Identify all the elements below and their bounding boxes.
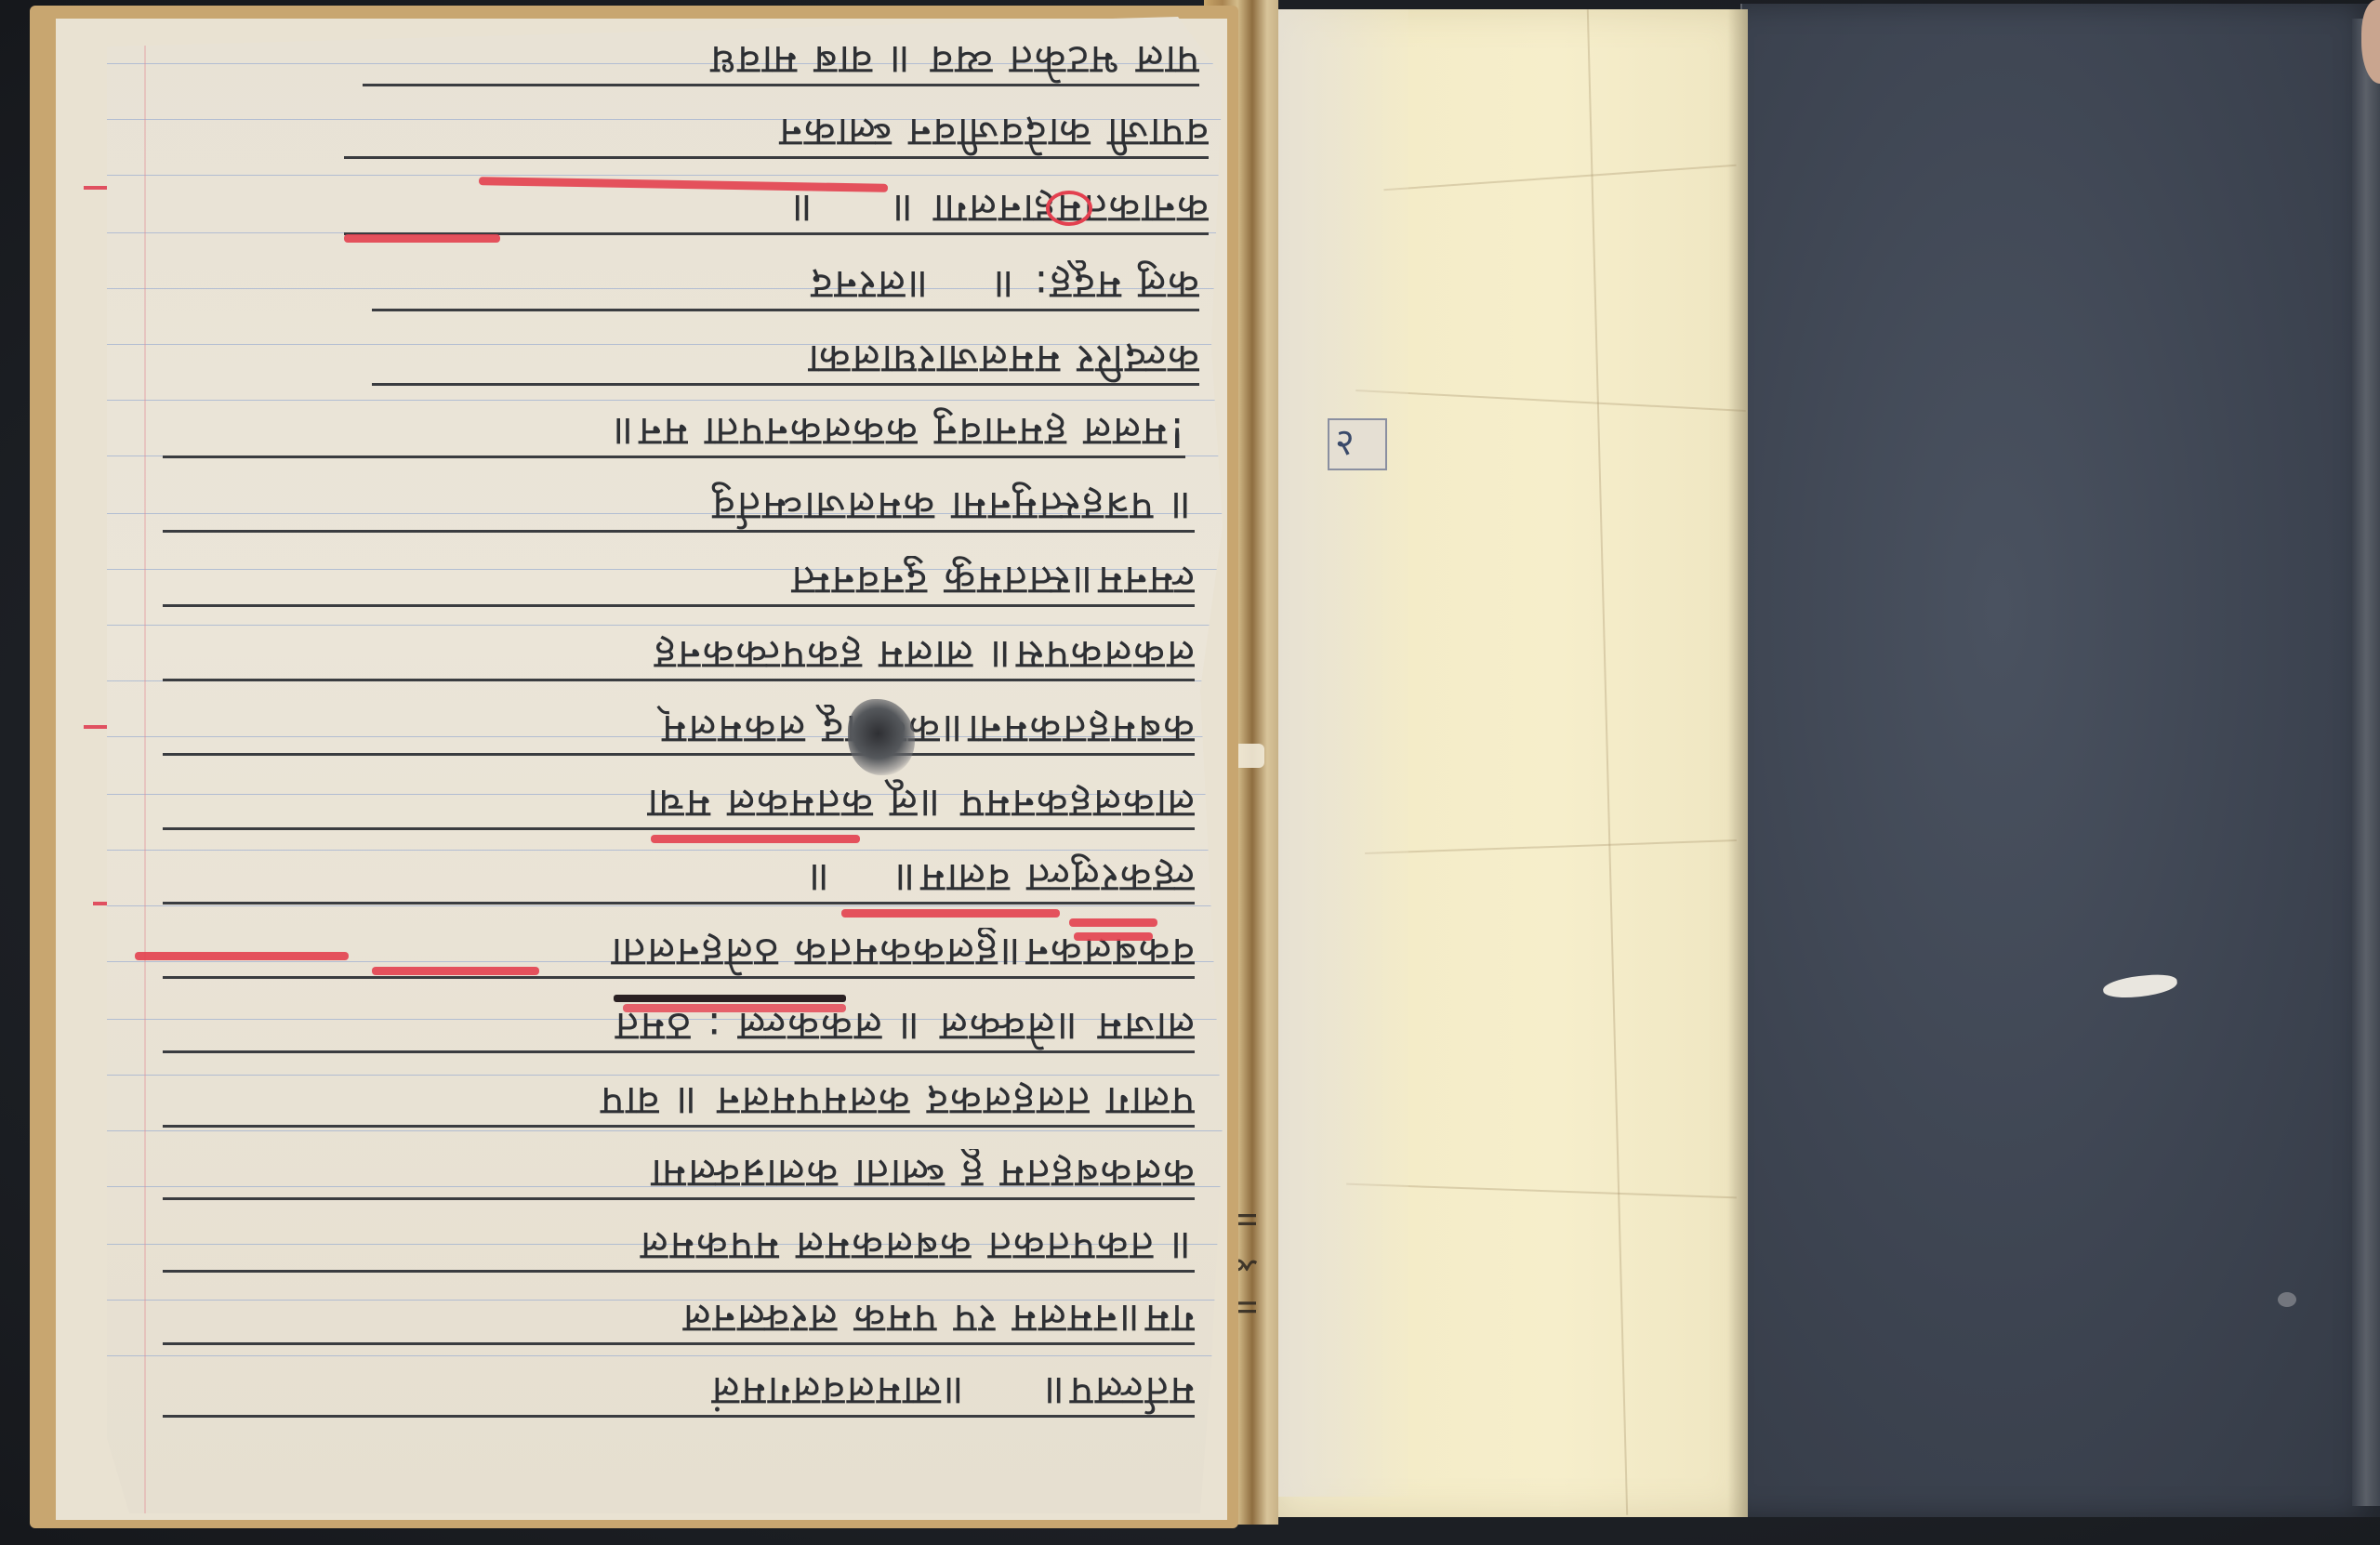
endpaper-edge-shadow <box>1727 9 1748 1517</box>
cover-worn-edge <box>2352 19 2380 1506</box>
red-underline <box>372 967 539 975</box>
handwritten-line: कलु मदूह: ॥ ॥लरनद <box>372 260 1199 311</box>
handwritten-line: ल्मनम॥स्ततमकु दुनवनम्त <box>163 556 1195 607</box>
ruled-line <box>107 1355 1223 1356</box>
ruled-line <box>107 175 1223 176</box>
ruled-line <box>107 1075 1223 1076</box>
handwritten-line: पलाग तलहलकद कलमपमलन ॥ वाप <box>163 1076 1195 1128</box>
back-cover-board <box>1740 4 2380 1517</box>
black-underline <box>614 995 846 1002</box>
handwritten-line: मर्तल्लप॥ ॥लामलवलगमलं <box>163 1367 1195 1418</box>
handwritten-line: ल्हकरलुल्त वलाम॥ ॥ <box>163 853 1195 905</box>
red-underline <box>135 952 349 960</box>
handwritten-line: ॥ तकपतकत कबलकमल मपकमल <box>163 1221 1195 1273</box>
red-underline <box>1069 918 1157 927</box>
red-underline <box>623 1004 846 1012</box>
red-underline <box>344 234 500 243</box>
ruled-line <box>107 1130 1223 1131</box>
ruled-line <box>107 400 1223 401</box>
handwritten-line: कबमहतकमना॥ककलदू लकमलम् <box>163 705 1195 756</box>
handwritten-line: कल्दरिर ममलजारघालका <box>372 335 1199 386</box>
handwritten-line: ॥ पत्रहस्तमुनमा कमलजाव्मर्तवु <box>163 482 1195 533</box>
ruled-line <box>107 625 1223 626</box>
paper-fold <box>1587 9 1628 1514</box>
red-circle-annotation <box>1046 191 1092 226</box>
margin-line <box>144 17 146 1513</box>
handwritten-line: !मलल हमनावनु ककलकनपता मन॥ <box>163 407 1185 458</box>
red-underline <box>1074 932 1153 941</box>
torn-paper-strip <box>1278 9 1408 1497</box>
paper-crease <box>1355 390 1746 412</box>
page-number: २ <box>1335 415 1355 466</box>
ruled-line <box>107 905 1223 906</box>
cover-small-mark <box>2278 1292 2296 1307</box>
handwritten-line: वपाजी कादेवजीवन ब्लाकन <box>344 108 1209 159</box>
paper-crease <box>1383 165 1736 191</box>
handwritten-line: गम॥नमलम रप पमक लरक्लनल <box>163 1294 1195 1345</box>
handwritten-line: लकलकपस॥ लालम हकपत्ककनह <box>163 630 1195 681</box>
handwritten-line: पाल भटकेत व्यव ॥ वाब मावध <box>363 35 1199 86</box>
handwritten-line: कलकबहतम हू ब्लाता कलान्रक्लमा <box>163 1149 1195 1200</box>
ruled-line <box>107 850 1223 851</box>
red-underline <box>651 835 860 843</box>
manuscript-page: पाल भटकेत व्यव ॥ वाब मावध वपाजी कादेवजीव… <box>107 17 1223 1513</box>
handwritten-line: लाकलहकनमप ॥लू कतमकल मचा <box>163 779 1195 830</box>
paper-crease <box>1365 839 1737 854</box>
red-underline <box>841 909 1060 918</box>
